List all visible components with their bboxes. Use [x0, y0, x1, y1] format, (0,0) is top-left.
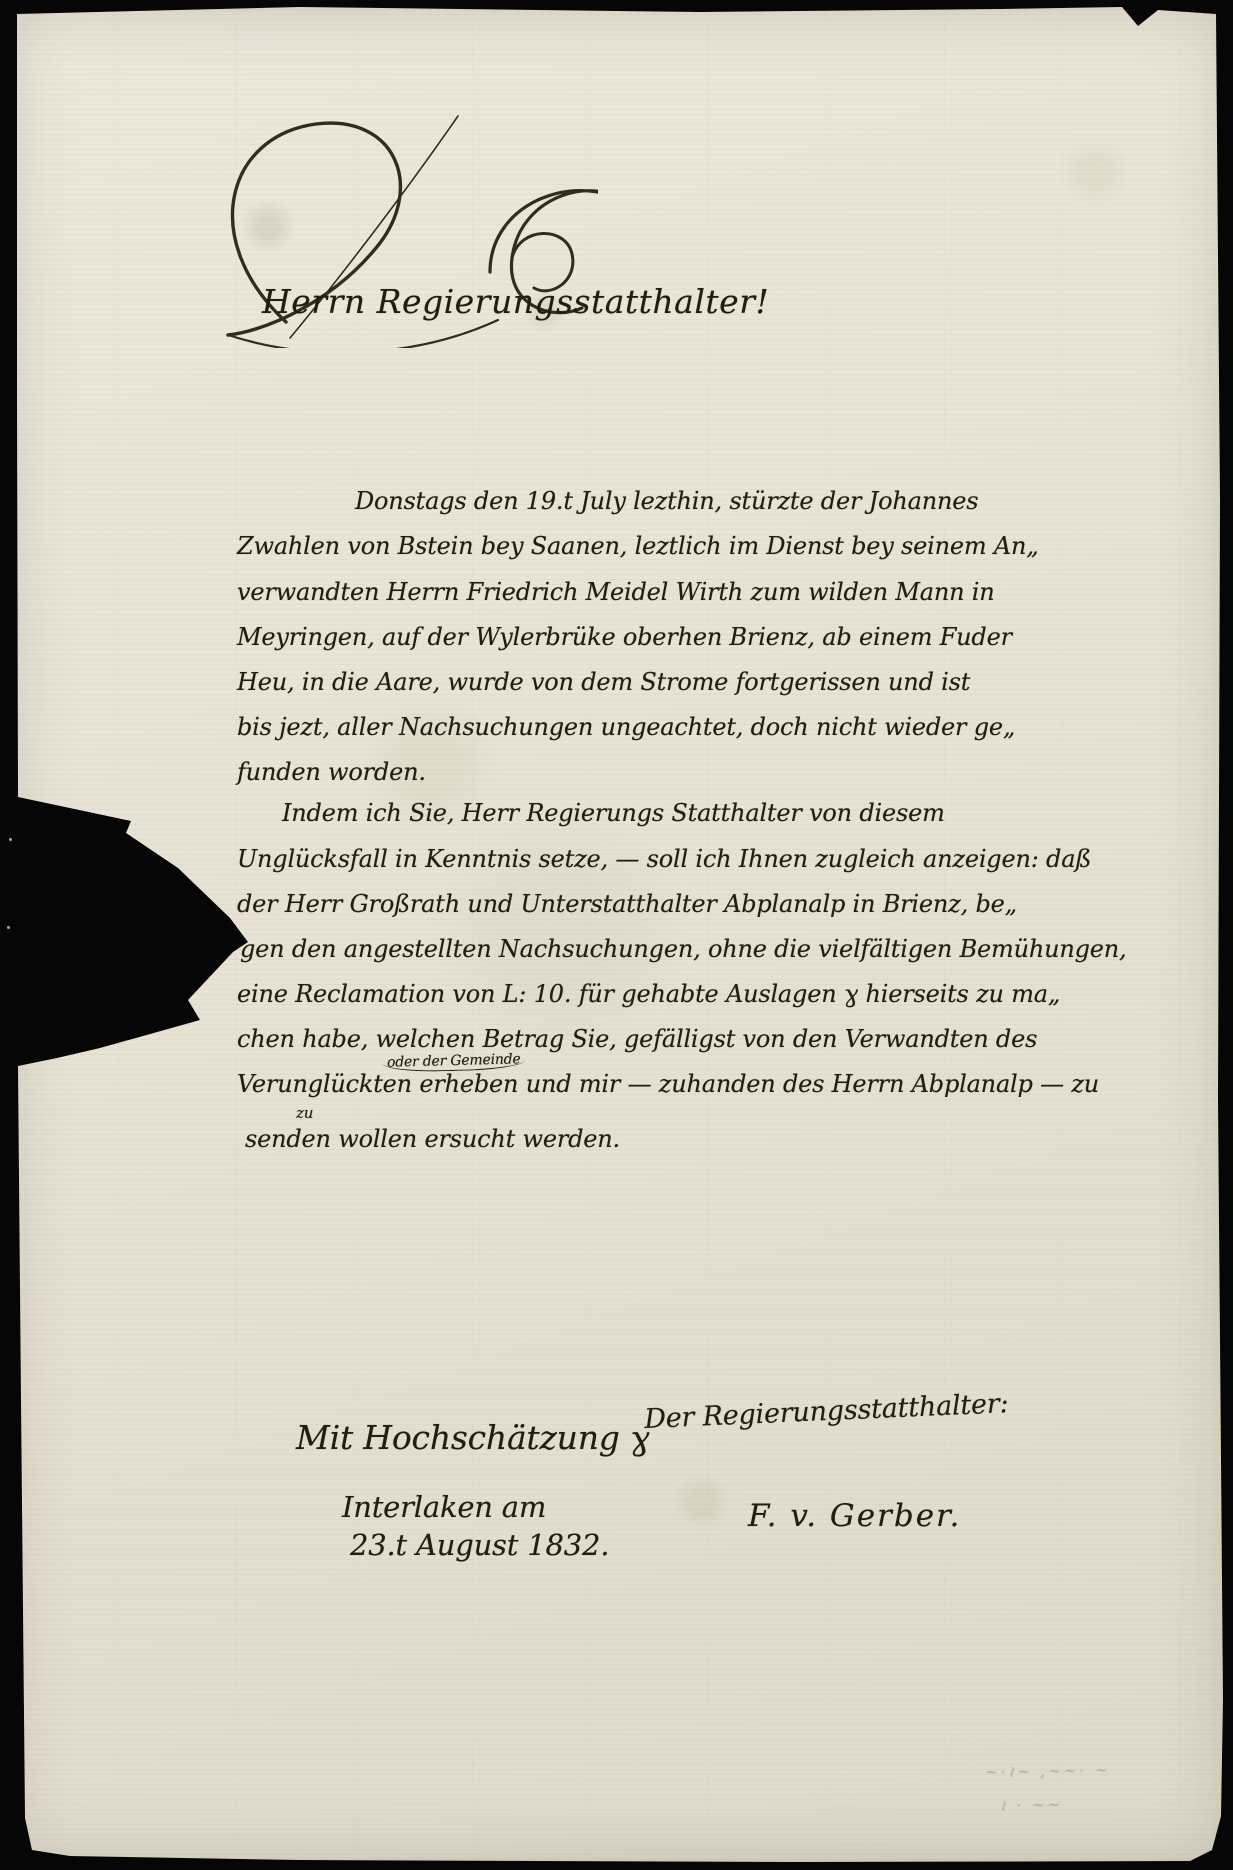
- ink-bleedthrough: ∼·≀∼ ,∼∼· ∼: [985, 1761, 1111, 1781]
- photograph-background: Herrn Regierungsstatthalter! Donstags de…: [0, 0, 1233, 1870]
- body-line: Zwahlen von Bstein bey Saanen, leztlich …: [237, 532, 1039, 560]
- body-line: Verunglückten erheben und mir — zuhanden…: [237, 1070, 1099, 1098]
- date-line: 23.t August 1832.: [350, 1528, 609, 1562]
- salutation: Herrn Regierungsstatthalter!: [262, 282, 769, 321]
- ink-bleedthrough: ≀ · ∼∼: [1000, 1795, 1063, 1814]
- letter-paper: Herrn Regierungsstatthalter! Donstags de…: [0, 0, 1233, 1870]
- body-line: senden wollen ersucht werden.: [245, 1125, 620, 1153]
- body-line: chen habe, welchen Betrag Sie, gefälligs…: [237, 1025, 1037, 1053]
- valediction: Mit Hochschätzung ɣ: [296, 1418, 650, 1457]
- signature-title: Der Regierungsstatthalter:: [644, 1388, 1009, 1435]
- body-line: funden worden.: [237, 758, 426, 786]
- body-line: der Herr Großrath und Unterstatthalter A…: [237, 890, 1017, 918]
- body-line: eine Reclamation von L: 10. für gehabte …: [237, 980, 1060, 1008]
- signature-name: F. v. Gerber.: [748, 1498, 961, 1534]
- dust-speck: [7, 926, 10, 929]
- superscript-insertion: zu: [296, 1104, 313, 1122]
- body-line: bis jezt, aller Nachsuchungen ungeachtet…: [237, 713, 1015, 741]
- body-line: Heu, in die Aare, wurde von dem Strome f…: [237, 668, 970, 696]
- body-line: Indem ich Sie, Herr Regierungs Statthalt…: [282, 799, 945, 827]
- body-line: Meyringen, auf der Wylerbrüke oberhen Br…: [237, 623, 1012, 651]
- body-line: Unglücksfall in Kenntnis setze, — soll i…: [237, 845, 1091, 873]
- body-line: gen den angestellten Nachsuchungen, ohne…: [240, 935, 1126, 963]
- body-line: verwandten Herrn Friedrich Meidel Wirth …: [237, 578, 995, 606]
- dust-speck: [9, 838, 12, 841]
- body-line: Donstags den 19.t July lezthin, stürzte …: [355, 487, 978, 515]
- place-line: Interlaken am: [342, 1490, 546, 1524]
